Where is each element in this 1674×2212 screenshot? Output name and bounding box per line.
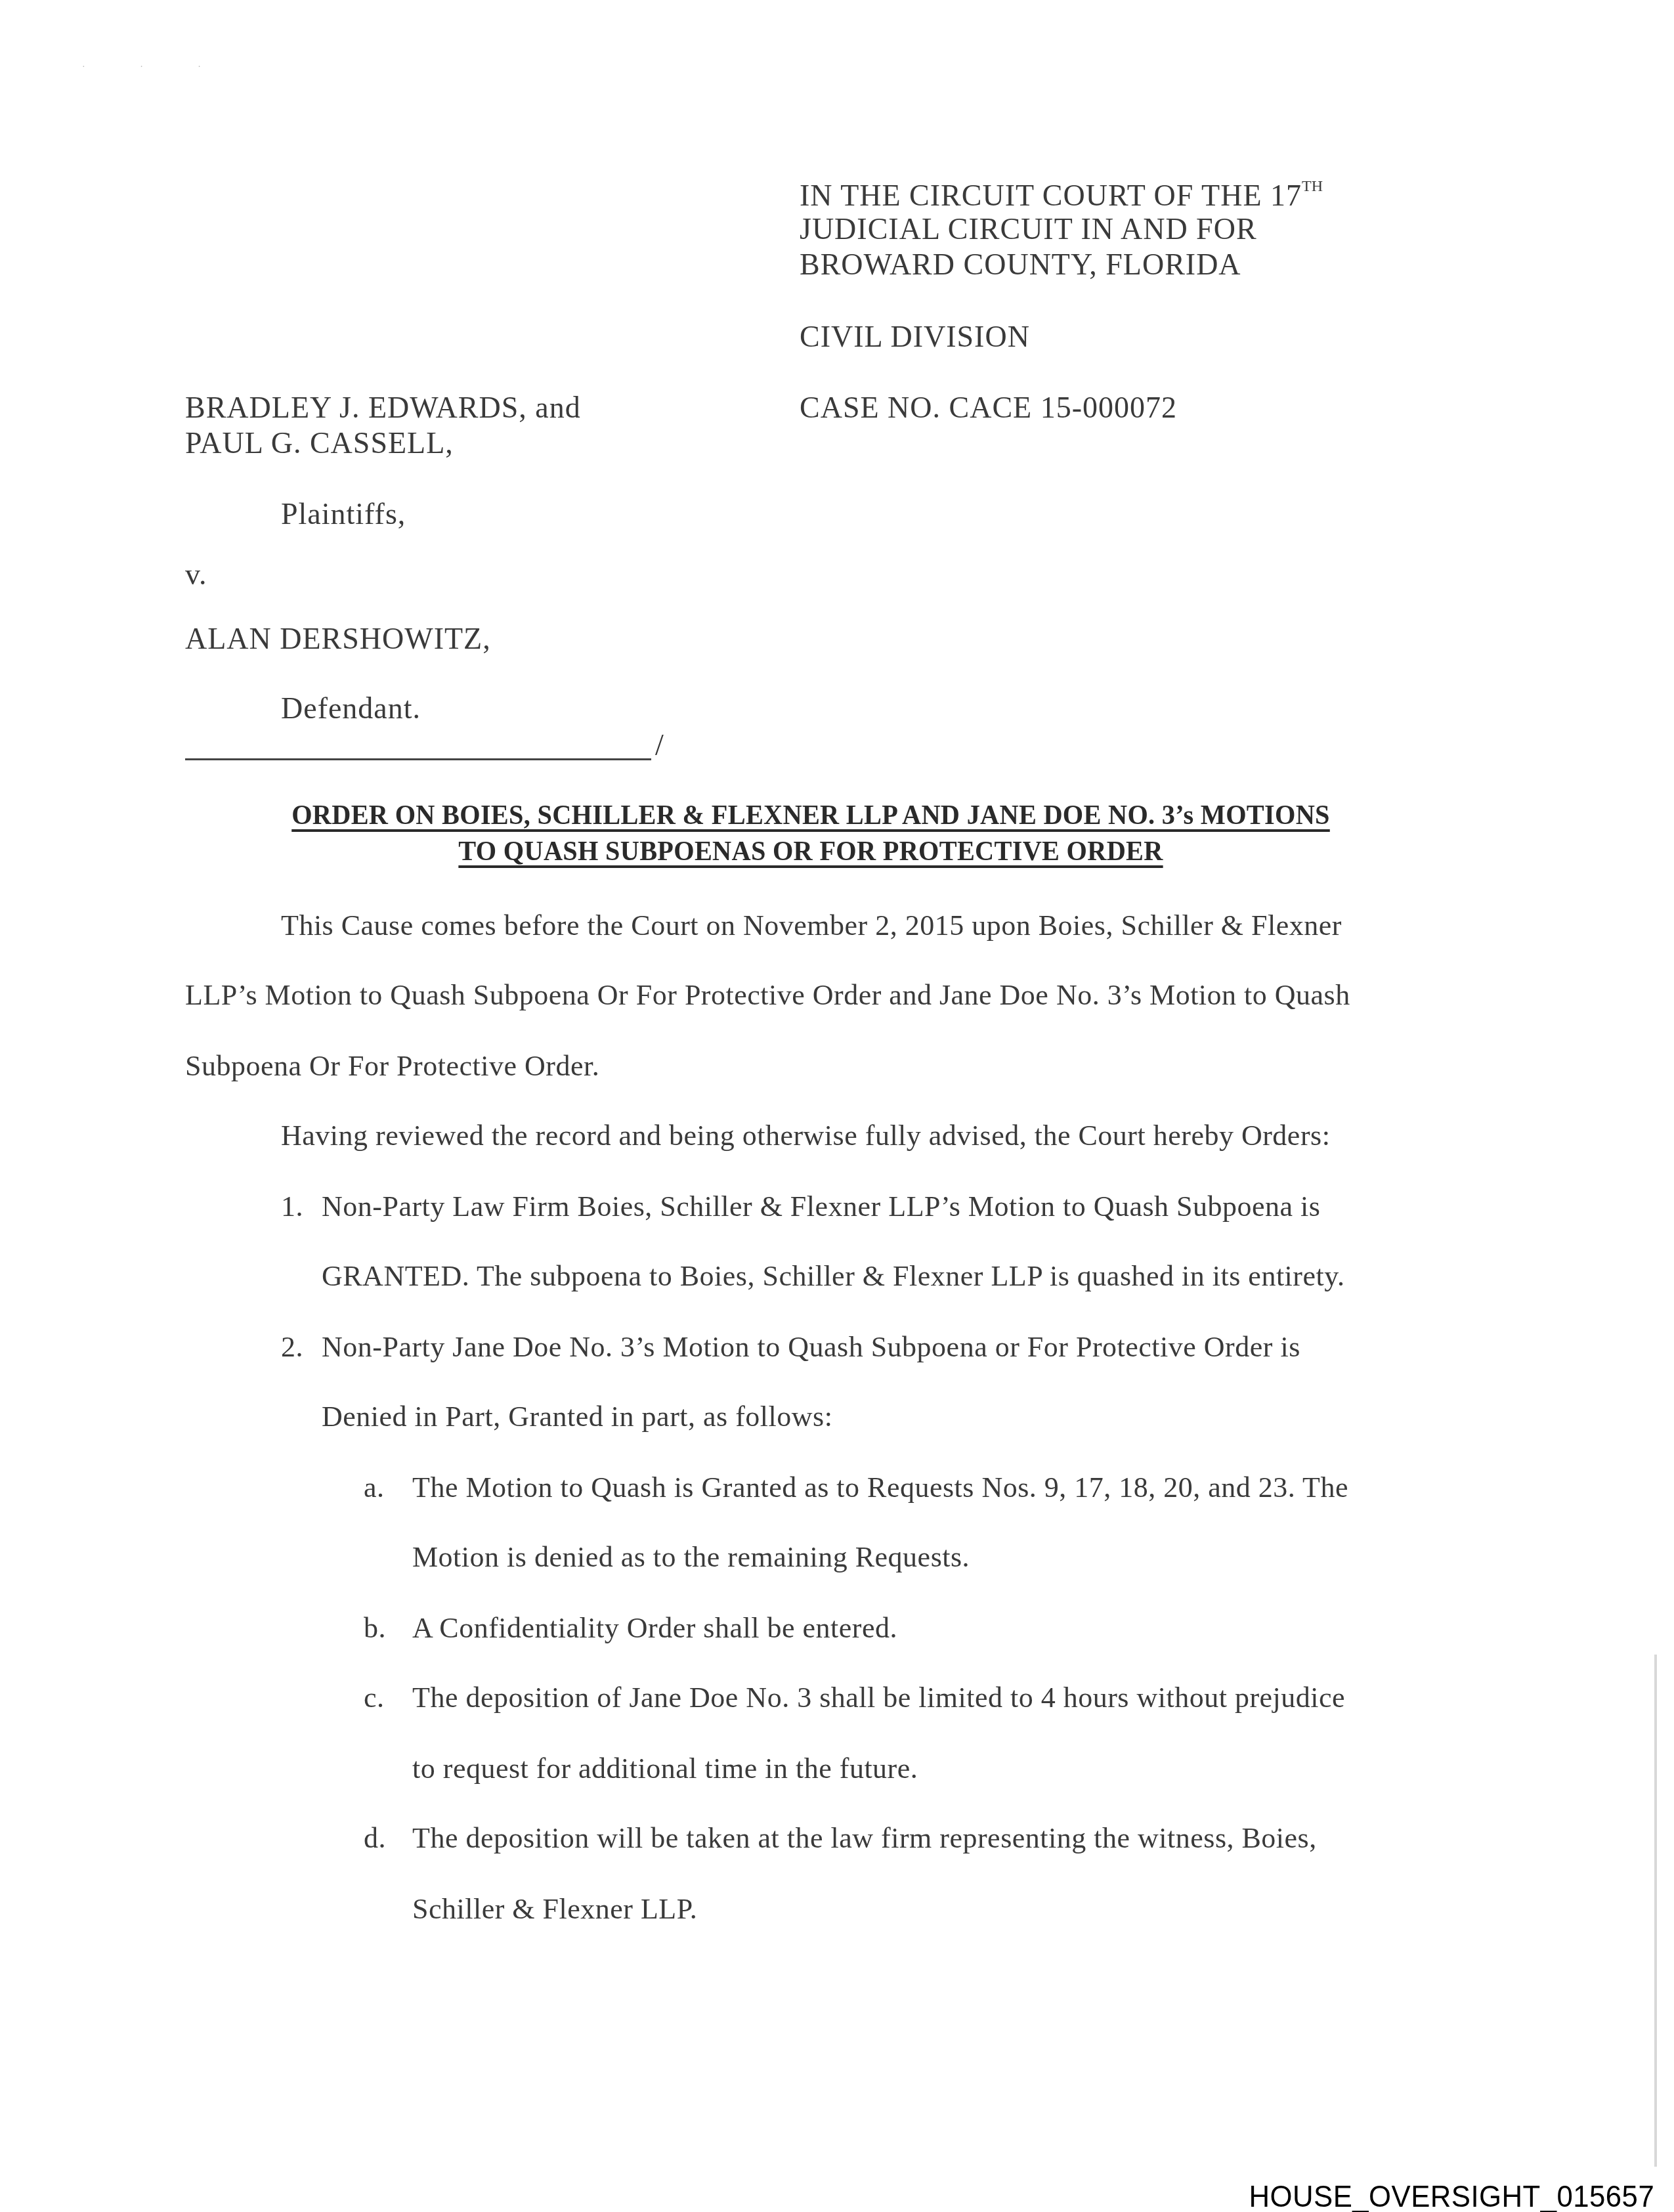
caption-slash: / [655,727,664,762]
intro-line: LLP’s Motion to Quash Subpoena Or For Pr… [185,981,1350,1010]
subitem-line: The deposition of Jane Doe No. 3 shall b… [412,1683,1345,1712]
scan-edge-shadow [1654,1655,1657,2167]
item-marker: 1. [281,1192,303,1221]
subitem-marker: c. [364,1683,385,1712]
subitem-line: Schiller & Flexner LLP. [412,1895,697,1924]
item-line: Denied in Part, Granted in part, as foll… [322,1402,832,1431]
orders-intro: Having reviewed the record and being oth… [281,1121,1330,1150]
defendant-name: ALAN DERSHOWITZ, [185,624,491,654]
bates-stamp: HOUSE_OVERSIGHT_015657 [1249,2179,1654,2212]
intro-line: This Cause comes before the Court on Nov… [281,911,1342,940]
subitem-line: The Motion to Quash is Granted as to Req… [412,1473,1348,1502]
scan-specks: · · · [82,62,227,73]
item-line: GRANTED. The subpoena to Boies, Schiller… [322,1262,1344,1291]
plaintiff-line-1: BRADLEY J. EDWARDS, and [185,393,581,423]
caption-rule [185,758,651,760]
court-line-2: JUDICIAL CIRCUIT IN AND FOR [800,214,1257,244]
versus: v. [185,559,207,590]
subitem-line: A Confidentiality Order shall be entered… [412,1614,897,1643]
plaintiff-line-2: PAUL G. CASSELL, [185,428,454,458]
case-number: CASE NO. CACE 15-000072 [800,393,1177,423]
division: CIVIL DIVISION [800,322,1030,352]
subitem-marker: b. [364,1614,386,1643]
order-title-line-1: ORDER ON BOIES, SCHILLER & FLEXNER LLP A… [212,800,1409,831]
item-line: Non-Party Law Firm Boies, Schiller & Fle… [322,1192,1320,1221]
subitem-line: The deposition will be taken at the law … [412,1824,1317,1853]
defendant-label: Defendant. [281,693,421,724]
subitem-marker: a. [364,1473,385,1502]
subitem-line: to request for additional time in the fu… [412,1754,918,1783]
subitem-marker: d. [364,1824,386,1853]
plaintiff-label: Plaintiffs, [281,499,406,529]
court-line-1: IN THE CIRCUIT COURT OF THE 17TH [800,179,1323,211]
subitem-line: Motion is denied as to the remaining Req… [412,1543,970,1572]
order-title-line-2: TO QUASH SUBPOENAS OR FOR PROTECTIVE ORD… [212,836,1409,867]
item-line: Non-Party Jane Doe No. 3’s Motion to Qua… [322,1333,1300,1362]
intro-line: Subpoena Or For Protective Order. [185,1052,599,1081]
court-line-3: BROWARD COUNTY, FLORIDA [800,249,1241,280]
item-marker: 2. [281,1333,303,1362]
